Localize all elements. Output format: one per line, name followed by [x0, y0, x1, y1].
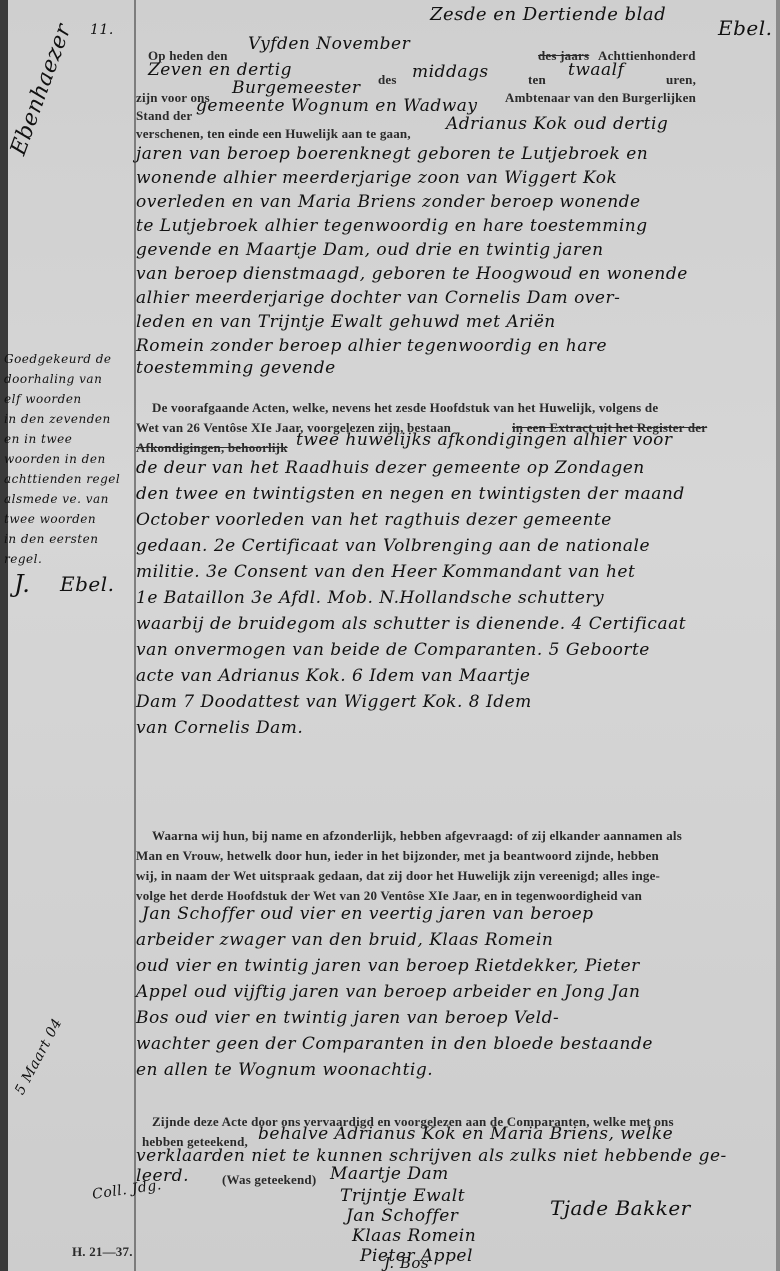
margin-note-1-line-9: in den eersten	[4, 532, 98, 546]
signature-jan-schoffer: Jan Schoffer	[346, 1206, 458, 1226]
hand-hour: twaalf	[568, 60, 624, 80]
sheet-note: Zesde en Dertiende blad	[430, 4, 666, 25]
parties-line-3: overleden en van Maria Briens zonder ber…	[136, 192, 641, 212]
parties-line-9: Romein zonder beroep alhier tegenwoordig…	[136, 336, 607, 356]
parties-line-2: wonende alhier meerderjarige zoon van Wi…	[136, 168, 617, 188]
parties-line-7: alhier meerderjarige dochter van Corneli…	[136, 288, 620, 308]
initial-top-right: Ebel.	[718, 16, 773, 40]
parties-line-1: jaren van beroep boerenknegt geboren te …	[136, 144, 648, 164]
witness-line-0: Jan Schoffer oud vier en veertig jaren v…	[142, 904, 594, 924]
margin-note-1-line-1: doorhaling van	[4, 372, 102, 386]
ceremony-printed-3: volge het derde Hoofdstuk der Wet van 20…	[136, 888, 642, 904]
hand-daypart: middags	[412, 62, 489, 82]
marriage-record-page	[8, 0, 780, 1271]
closing-printed-was: (Was geteekend)	[222, 1172, 316, 1188]
parties-line-10: toestemming gevende	[136, 358, 336, 378]
parties-line-6: van beroep dienstmaagd, geboren te Hoogw…	[136, 264, 688, 284]
page-left-edge	[0, 0, 8, 1271]
margin-initial-2: Ebel.	[60, 572, 115, 596]
page-right-edge	[776, 0, 780, 1271]
closing-hand-1: behalve Adrianus Kok en Maria Briens, we…	[258, 1124, 673, 1144]
printed-verschenen: verschenen, ten einde een Huwelijk aan t…	[136, 126, 411, 142]
witness-line-3: Appel oud vijftig jaren van beroep arbei…	[136, 982, 640, 1002]
parties-line-4: te Lutjebroek alhier tegenwoordig en har…	[136, 216, 648, 236]
margin-note-1-line-2: elf woorden	[4, 392, 82, 406]
ceremony-printed-1: Man en Vrouw, hetwelk door hun, ieder in…	[136, 848, 659, 864]
documents-hand-11: van Cornelis Dam.	[136, 718, 303, 738]
margin-rule	[134, 0, 136, 1271]
record-number: 11.	[90, 22, 114, 38]
witness-line-1: arbeider zwager van den bruid, Klaas Rom…	[136, 930, 553, 950]
ceremony-printed-0: Waarna wij hun, bij name en afzonderlijk…	[152, 828, 682, 844]
margin-note-1-line-3: in den zevenden	[4, 412, 111, 426]
documents-hand-3: October voorleden van het ragthuis dezer…	[136, 510, 612, 530]
witness-line-2: oud vier en twintig jaren van beroep Rie…	[136, 956, 640, 976]
margin-note-1-line-0: Goedgekeurd de	[4, 352, 112, 366]
hand-year: Zeven en dertig	[148, 60, 292, 80]
margin-note-1-line-6: achttienden regel	[4, 472, 120, 486]
signature-maartje-dam: Maartje Dam	[330, 1164, 449, 1184]
printed-uren: uren,	[666, 72, 696, 88]
documents-hand-10: Dam 7 Doodattest van Wiggert Kok. 8 Idem	[136, 692, 532, 712]
printed-stand: Stand der	[136, 108, 192, 124]
signature-official: Tjade Bakker	[550, 1196, 691, 1220]
documents-hand-7: waarbij de bruidegom als schutter is die…	[136, 614, 686, 634]
margin-note-1-line-4: en in twee	[4, 432, 72, 446]
signature-klaas-romein: Klaas Romein	[352, 1226, 476, 1246]
documents-hand-4: gedaan. 2e Certificaat van Volbrenging a…	[136, 536, 650, 556]
margin-note-1-line-7: alsmede ve. van	[4, 492, 109, 506]
hand-official: Burgemeester	[232, 78, 361, 98]
documents-printed-1: De voorafgaande Acten, welke, nevens het…	[152, 400, 658, 416]
documents-hand-0: twee huwelijks afkondigingen alhier voor	[296, 430, 673, 450]
margin-note-1-line-10: regel.	[4, 552, 42, 566]
witness-line-4: Bos oud vier en twintig jaren van beroep…	[136, 1008, 559, 1028]
documents-hand-6: 1e Bataillon 3e Afdl. Mob. N.Hollandsche…	[136, 588, 604, 608]
printed-ten: ten	[528, 72, 546, 88]
signature-trijntje-ewalt: Trijntje Ewalt	[340, 1186, 465, 1206]
documents-hand-2: den twee en twintigsten en negen en twin…	[136, 484, 685, 504]
ceremony-printed-2: wij, in naam der Wet uitspraak gedaan, d…	[136, 868, 660, 884]
documents-printed-3-struck: Afkondigingen, behoorlijk	[136, 440, 288, 456]
printed-ambtenaar: Ambtenaar van den Burgerlijken	[505, 90, 696, 106]
witness-line-6: en allen te Wognum woonachtig.	[136, 1060, 433, 1080]
parties-line-0: Adrianus Kok oud dertig	[446, 114, 668, 134]
signature-j-bos: J. Bos	[384, 1254, 429, 1271]
margin-note-1-line-5: woorden in den	[4, 452, 106, 466]
documents-hand-9: acte van Adrianus Kok. 6 Idem van Maartj…	[136, 666, 530, 686]
form-code: H. 21—37.	[72, 1244, 133, 1260]
printed-des: des	[378, 72, 397, 88]
documents-hand-1: de deur van het Raadhuis dezer gemeente …	[136, 458, 645, 478]
hand-day: Vyfden November	[248, 34, 410, 54]
documents-hand-5: militie. 3e Consent van den Heer Kommand…	[136, 562, 635, 582]
parties-line-5: gevende en Maartje Dam, oud drie en twin…	[136, 240, 604, 260]
hand-municipality: gemeente Wognum en Wadway	[196, 96, 478, 116]
witness-line-5: wachter geen der Comparanten in den bloe…	[136, 1034, 653, 1054]
documents-hand-8: van onvermogen van beide de Comparanten.…	[136, 640, 650, 660]
closing-hand-2: verklaarden niet te kunnen schrijven als…	[136, 1146, 727, 1166]
margin-initial-1: J.	[14, 570, 30, 598]
parties-line-8: leden en van Trijntje Ewalt gehuwd met A…	[136, 312, 556, 332]
margin-note-1-line-8: twee woorden	[4, 512, 96, 526]
